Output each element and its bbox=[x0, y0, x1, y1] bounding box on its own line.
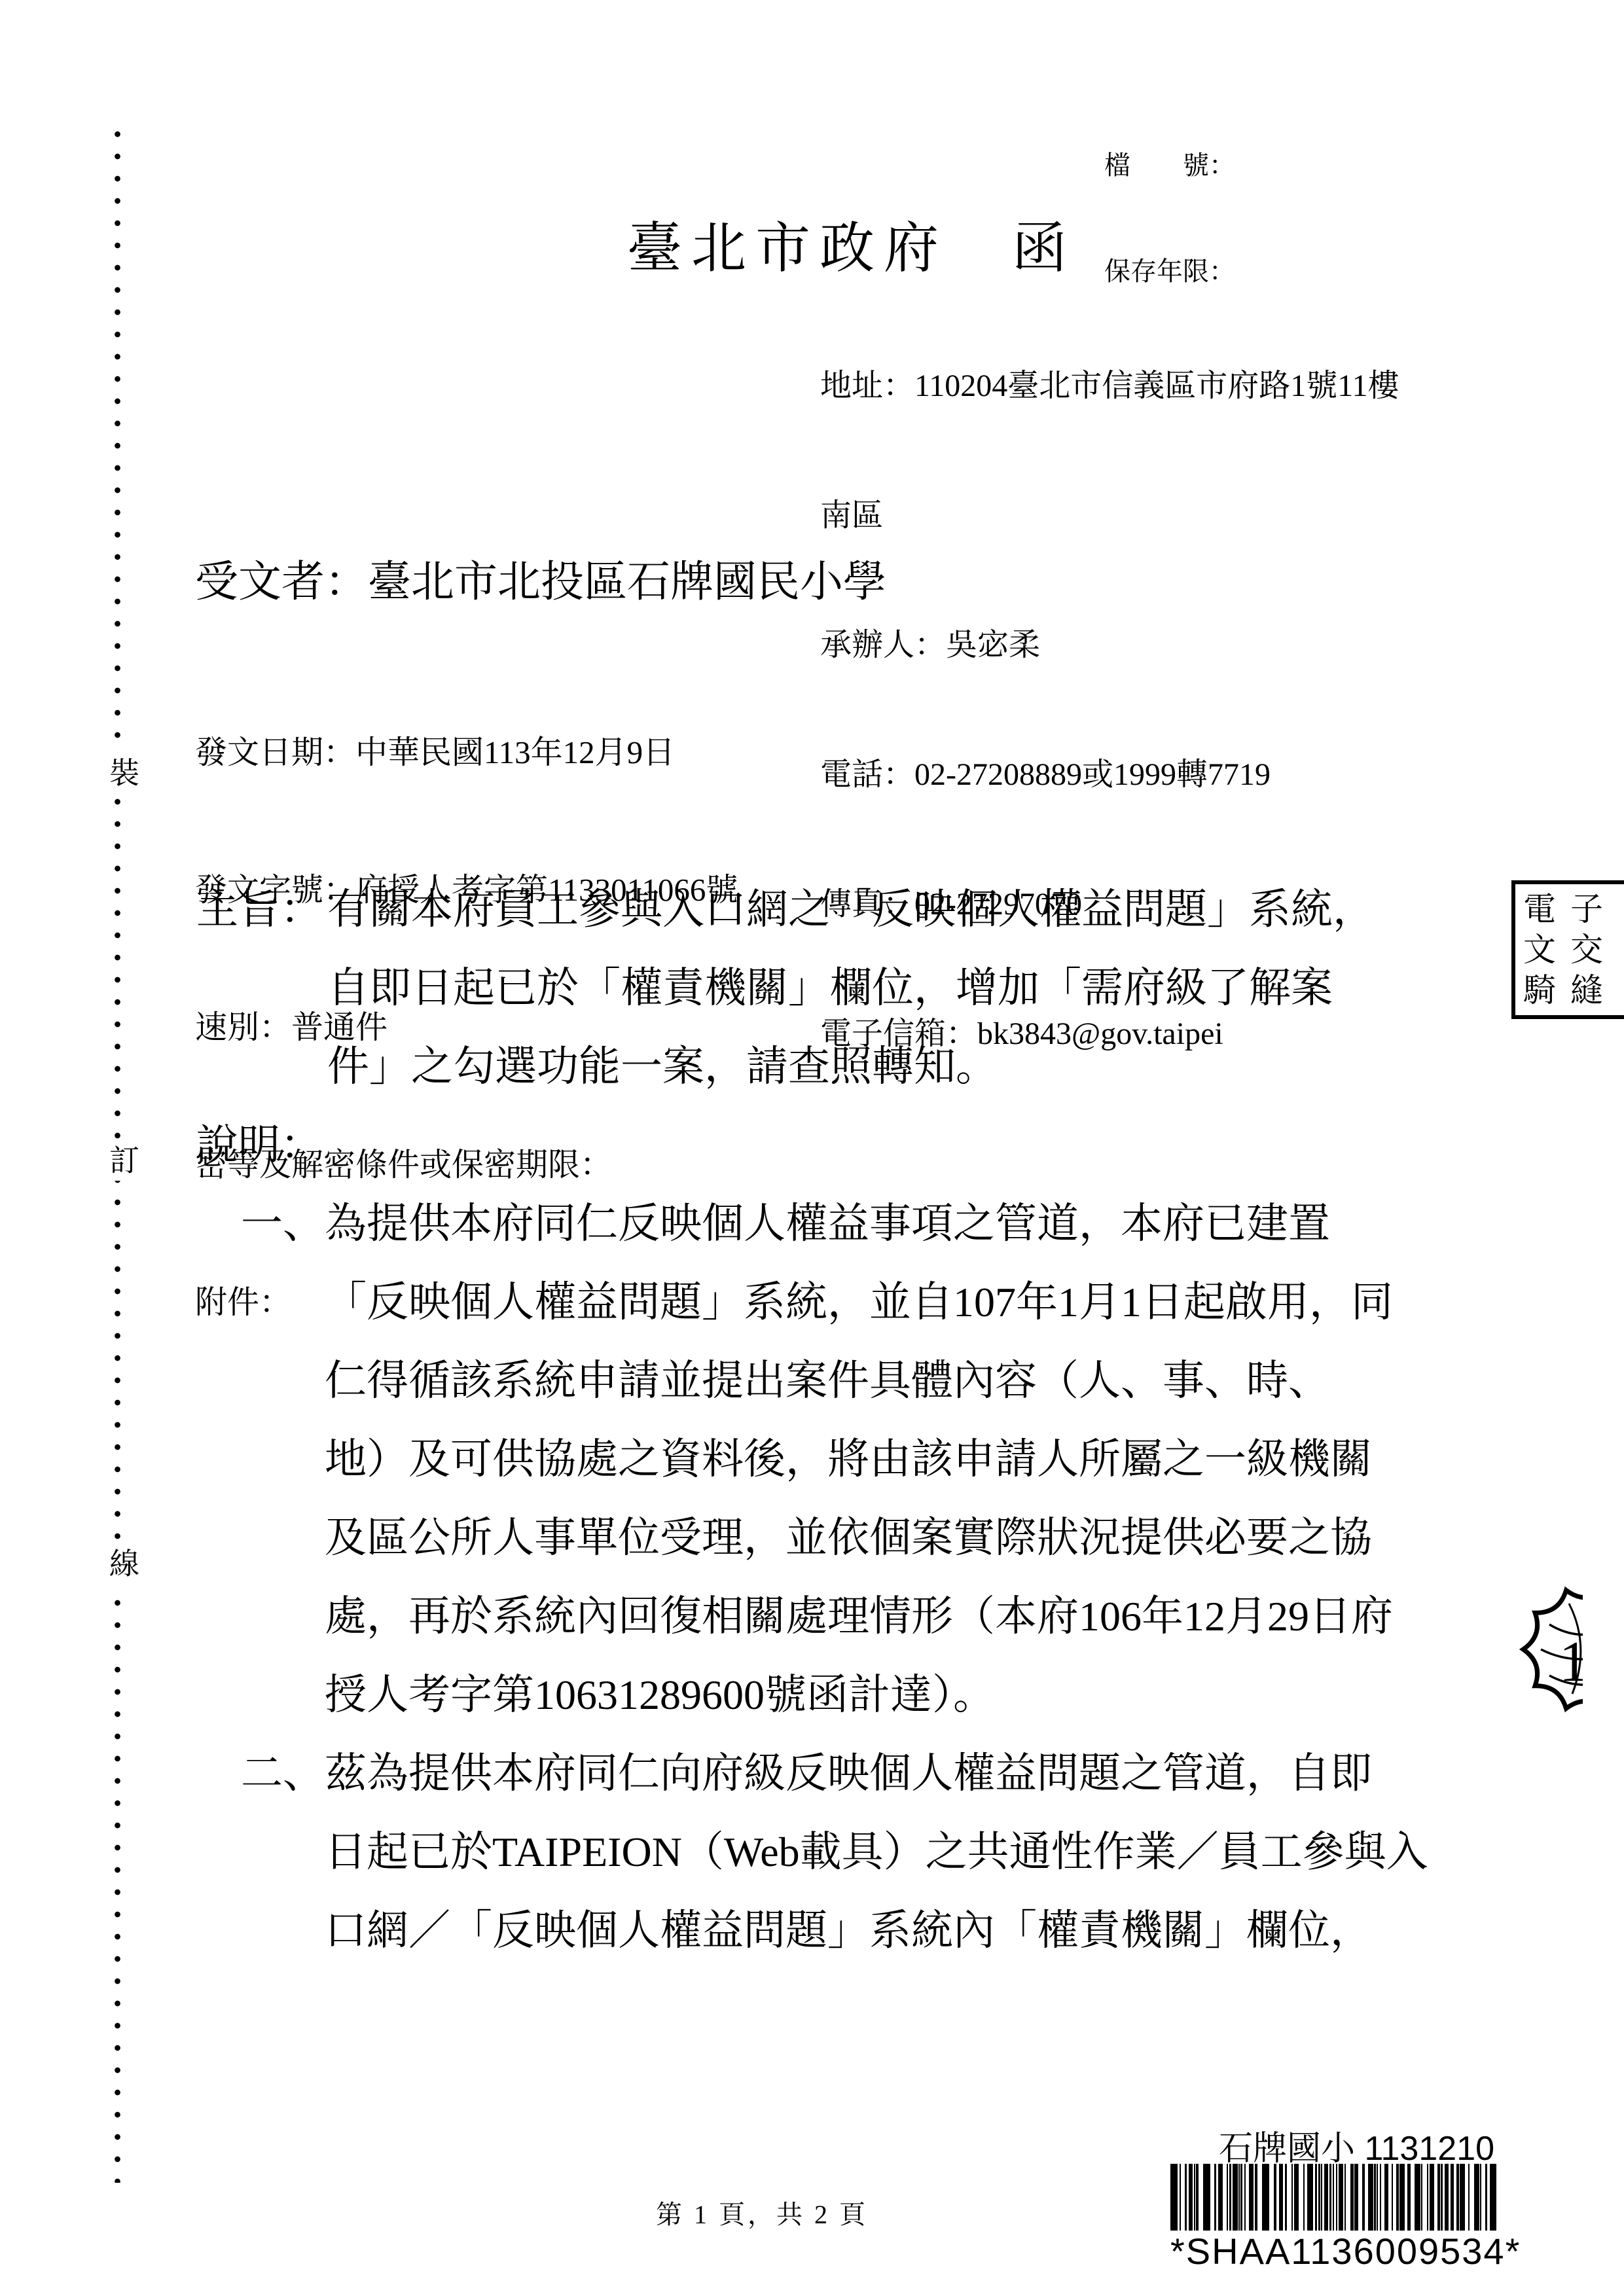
item1-line-6: 處，再於系統內回復相關處理情形（本府106年12月29日府 bbox=[0, 1577, 1624, 1656]
subject-line-1: 主旨：有關本府員工參與入口網之「反映個人權益問題」系統， bbox=[0, 870, 1624, 949]
electronic-exchange-stamp: 電子 文交 騎縫 bbox=[1511, 880, 1624, 1019]
item2-line-1: 二、茲為提供本府同仁向府級反映個人權益問題之管道，自即 bbox=[0, 1734, 1624, 1813]
subject-text-1: 有關本府員工參與入口網之「反映個人權益問題」系統， bbox=[327, 886, 1375, 933]
seam-seal: 1 bbox=[1513, 1584, 1583, 1715]
margin-mark-ding: 訂 bbox=[105, 1141, 144, 1181]
item2-line-2: 日起已於TAIPEION（Web載具）之共通性作業／員工參與入 bbox=[0, 1813, 1624, 1892]
item1-line-1: 一、為提供本府同仁反映個人權益事項之管道，本府已建置 bbox=[0, 1185, 1624, 1263]
page-number: 第 1 頁，共 2 頁 bbox=[656, 2194, 868, 2231]
recipient-line: 受文者：臺北市北投區石牌國民小學 bbox=[195, 553, 886, 612]
seam-seal-icon: 1 bbox=[1513, 1584, 1583, 1715]
item2-text-1: 茲為提供本府同仁向府級反映個人權益問題之管道，自即 bbox=[325, 1750, 1372, 1797]
item1-line-3: 仁得循該系統申請並提出案件具體內容（人、事、時、 bbox=[0, 1342, 1624, 1420]
document-page: 檔 號： 保存年限： 臺北市政府 函 地址：110204臺北市信義區市府路1號1… bbox=[0, 0, 1624, 2296]
subject-line-2: 自即日起已於「權責機關」欄位，增加「需府級了解案 bbox=[0, 949, 1624, 1028]
file-no-label: 檔 號： bbox=[1104, 148, 1235, 183]
margin-mark-zhuang: 裝 bbox=[105, 754, 144, 793]
item1-line-7: 授人考字第10631289600號函計達）。 bbox=[0, 1656, 1624, 1734]
sender-contact-person: 承辦人：吳宓柔 bbox=[820, 624, 1399, 667]
seal-digit: 1 bbox=[1559, 1630, 1583, 1694]
page-title: 臺北市政府 函 bbox=[627, 204, 1076, 283]
exchange-stamp-row-3: 騎縫 bbox=[1515, 970, 1624, 1011]
subject-line-3: 件」之勾選功能一案，請查照轉知。 bbox=[0, 1028, 1624, 1106]
item1-number: 一、 bbox=[241, 1200, 325, 1247]
item1-line-5: 及區公所人事單位受理，並依個案實際狀況提供必要之協 bbox=[0, 1499, 1624, 1577]
margin-mark-xian: 線 bbox=[105, 1545, 144, 1584]
exchange-stamp-row-1: 電子 bbox=[1515, 889, 1624, 929]
sender-address: 地址：110204臺北市信義區市府路1號11樓 bbox=[820, 365, 1399, 408]
item1-line-4: 地）及可供協處之資料後，將由該申請人所屬之一級機關 bbox=[0, 1420, 1624, 1499]
barcode-text: *SHAA1136009534* bbox=[1170, 2232, 1496, 2271]
exchange-stamp-row-2: 文交 bbox=[1515, 929, 1624, 970]
barcode bbox=[1170, 2164, 1496, 2231]
sender-address-2: 南區 bbox=[820, 494, 1399, 537]
barcode-block: *SHAA1136009534* bbox=[1170, 2164, 1496, 2271]
issue-date: 發文日期：中華民國113年12月9日 bbox=[195, 730, 738, 776]
item1-line-2: 「反映個人權益問題」系統，並自107年1月1日起啟用，同 bbox=[0, 1263, 1624, 1342]
letter-body: 主旨：有關本府員工參與入口網之「反映個人權益問題」系統， 自即日起已於「權責機關… bbox=[0, 870, 1624, 1970]
explanation-label: 說明： bbox=[0, 1106, 1624, 1185]
item1-text-1: 為提供本府同仁反映個人權益事項之管道，本府已建置 bbox=[325, 1200, 1330, 1247]
sender-phone: 電話：02-27208889或1999轉7719 bbox=[820, 753, 1399, 797]
item2-number: 二、 bbox=[241, 1750, 325, 1797]
item2-line-3: 口網／「反映個人權益問題」系統內「權責機關」欄位， bbox=[0, 1892, 1624, 1970]
subject-label: 主旨： bbox=[196, 886, 322, 933]
school-code-line: 石牌國小 1131210 bbox=[1219, 2121, 1494, 2170]
